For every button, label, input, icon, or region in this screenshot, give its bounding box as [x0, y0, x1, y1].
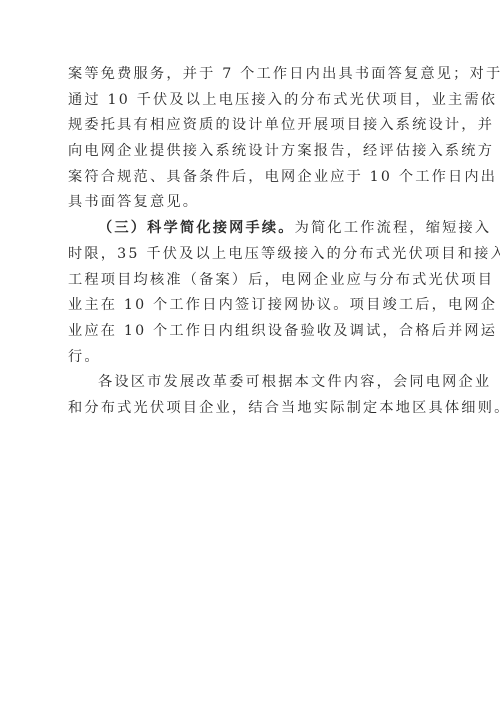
- text-line: 各设区市发展改革委可根据本文件内容，会同电网企业: [68, 370, 432, 396]
- text-line: 规委托具有相应资质的设计单位开展项目接入系统设计，并: [68, 113, 432, 139]
- text-line: 时限，35 千伏及以上电压等级接入的分布式光伏项目和接入: [68, 242, 432, 268]
- paragraph-section-3: （三）科学简化接网手续。为简化工作流程，缩短接入 时限，35 千伏及以上电压等级…: [68, 216, 432, 370]
- paragraph-closing: 各设区市发展改革委可根据本文件内容，会同电网企业 和分布式光伏项目企业，结合当地…: [68, 370, 432, 421]
- text-line: 案等免费服务，并于 7 个工作日内出具书面答复意见；对于: [68, 62, 432, 88]
- text-line: 通过 10 千伏及以上电压接入的分布式光伏项目，业主需依: [68, 88, 432, 114]
- section-heading: （三）科学简化接网手续。: [98, 220, 295, 236]
- text-line: 和分布式光伏项目企业，结合当地实际制定本地区具体细则。: [68, 396, 432, 422]
- document-page: 案等免费服务，并于 7 个工作日内出具书面答复意见；对于 通过 10 千伏及以上…: [68, 62, 432, 422]
- text-line: 具书面答复意见。: [68, 190, 432, 216]
- text-line: 向电网企业提供接入系统设计方案报告，经评估接入系统方: [68, 139, 432, 165]
- text-line: 案符合规范、具备条件后，电网企业应于 10 个工作日内出: [68, 165, 432, 191]
- paragraph-continuation: 案等免费服务，并于 7 个工作日内出具书面答复意见；对于 通过 10 千伏及以上…: [68, 62, 432, 216]
- text-line: 业应在 10 个工作日内组织设备验收及调试，合格后并网运: [68, 319, 432, 345]
- text-line: 业主在 10 个工作日内签订接网协议。项目竣工后，电网企: [68, 293, 432, 319]
- text-line: 行。: [68, 345, 432, 371]
- section-heading-rest: 为简化工作流程，缩短接入: [295, 220, 492, 236]
- section-first-line: （三）科学简化接网手续。为简化工作流程，缩短接入: [68, 216, 432, 242]
- text-line: 工程项目均核准（备案）后，电网企业应与分布式光伏项目: [68, 268, 432, 294]
